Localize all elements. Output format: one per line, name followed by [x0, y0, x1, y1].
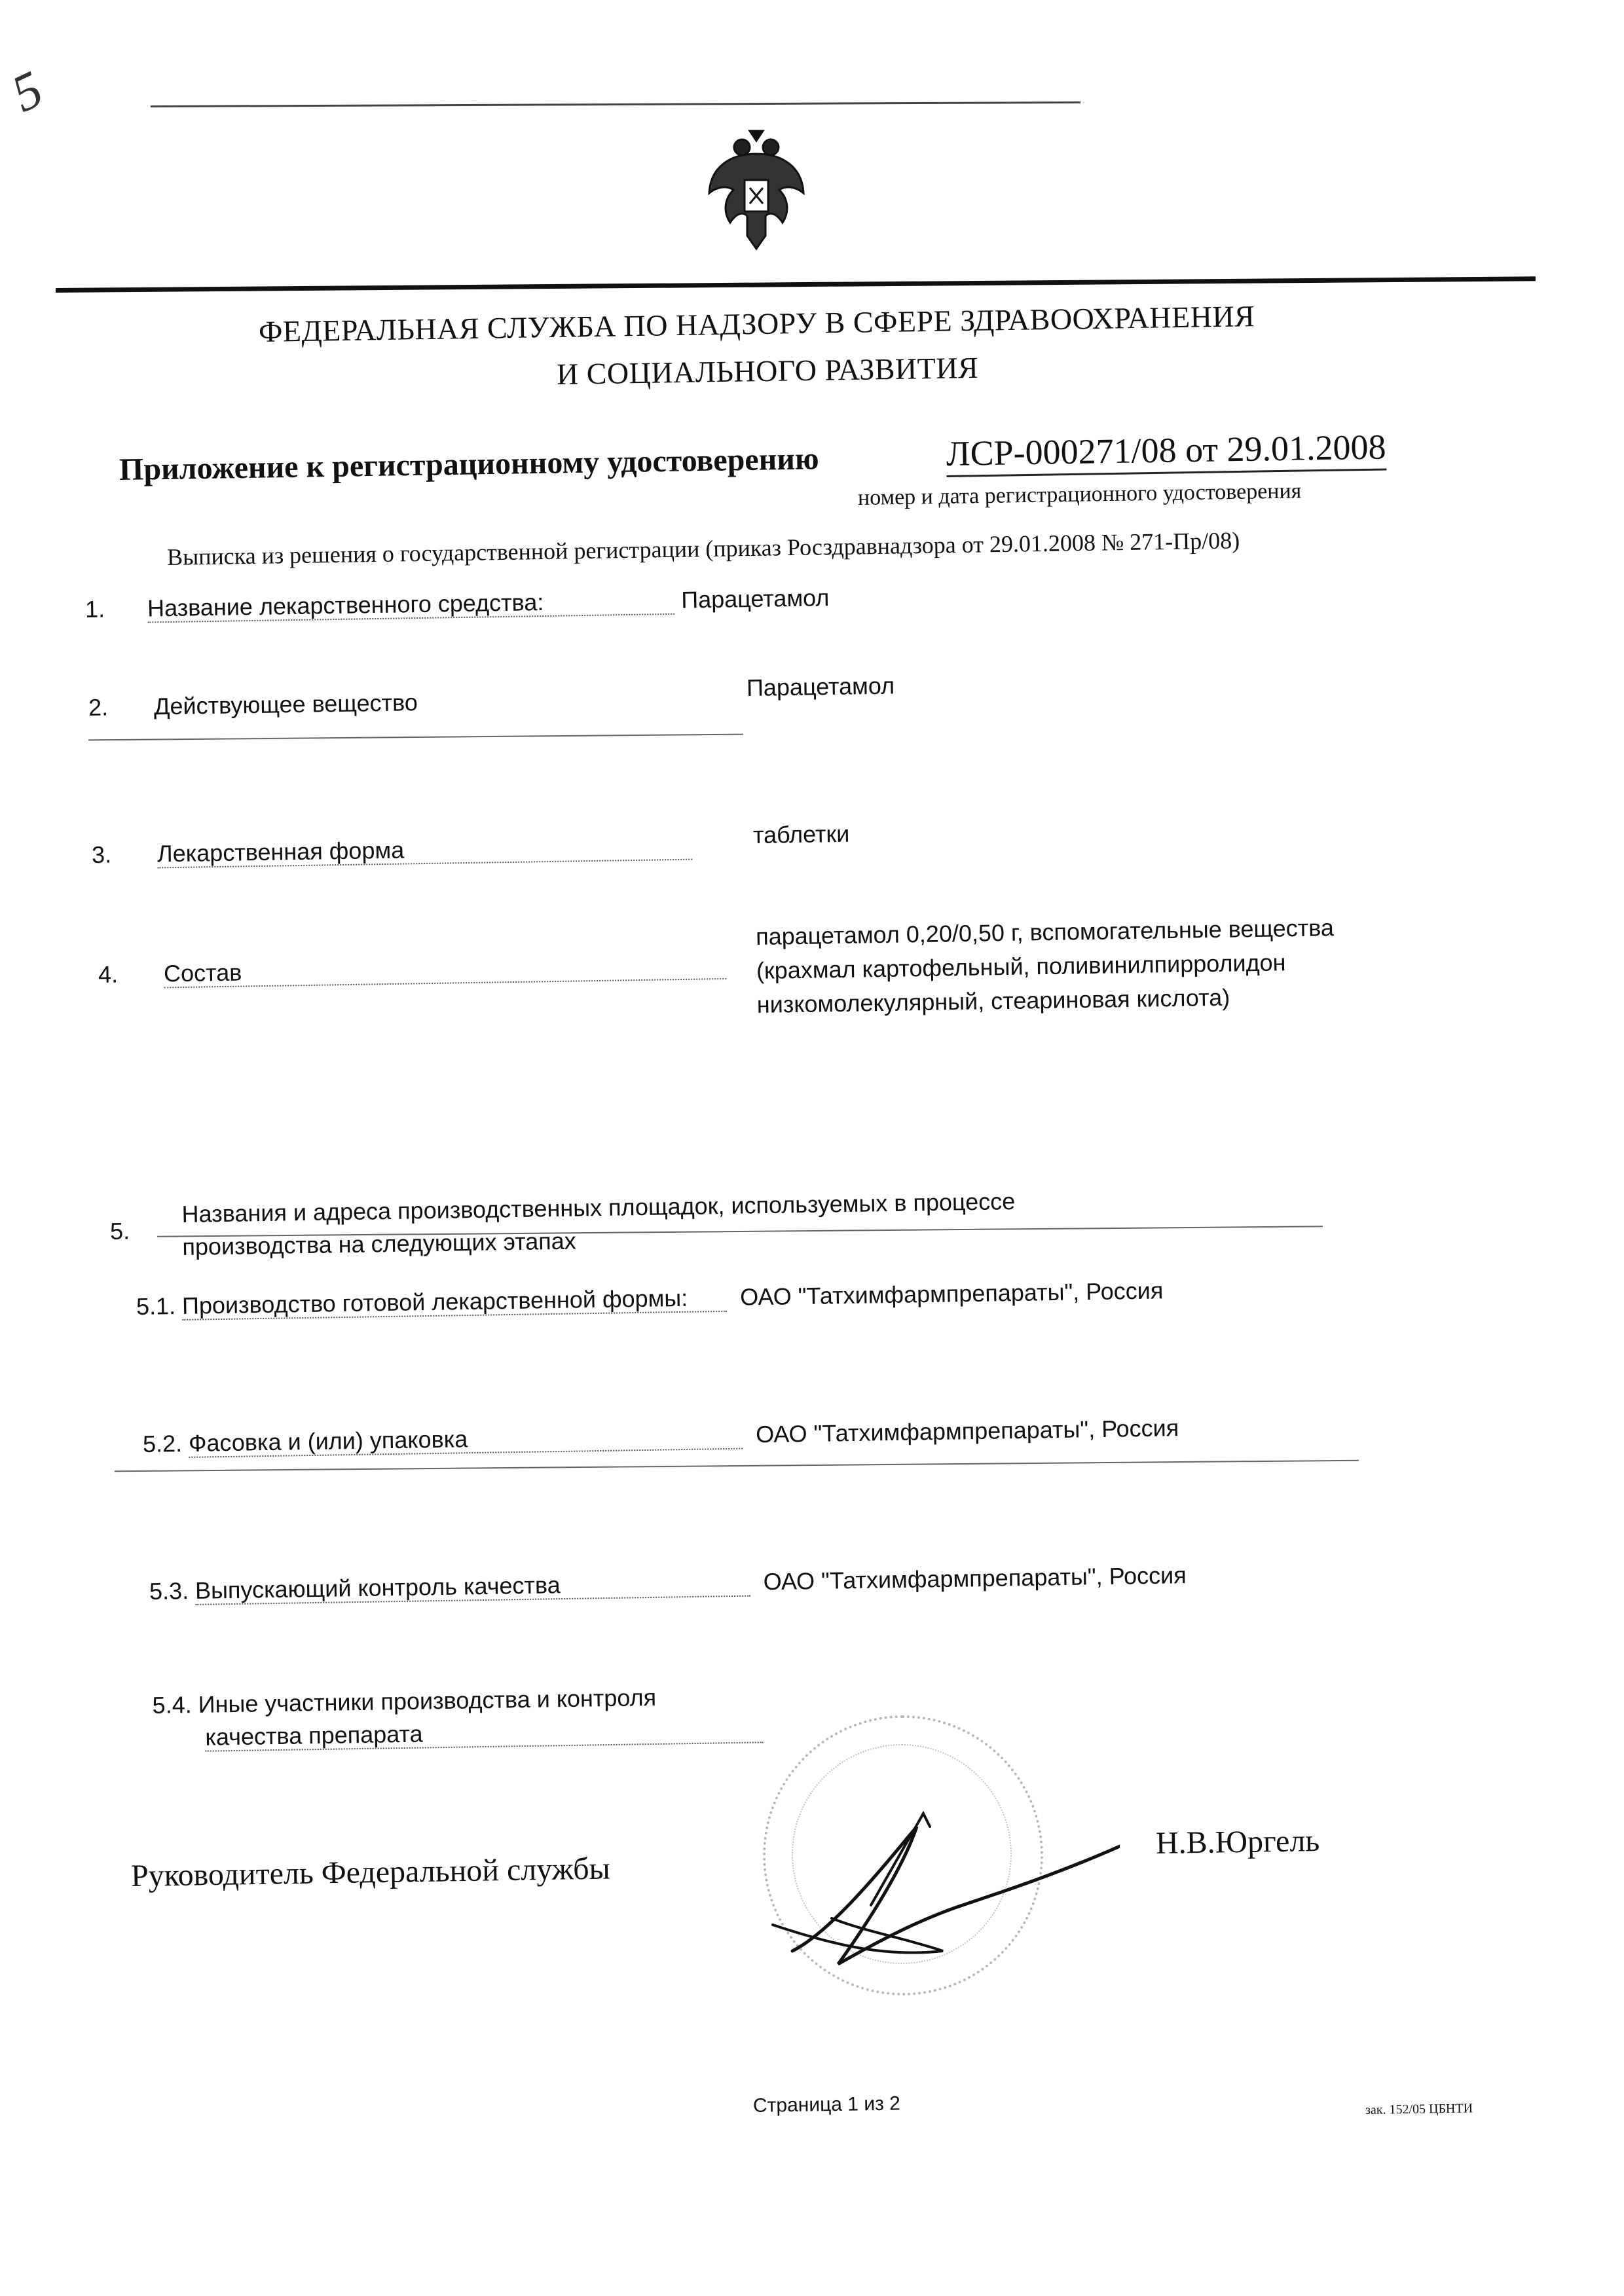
field-2-number: 2.: [88, 694, 109, 721]
field-1-value: Парацетамол: [681, 584, 830, 613]
handwritten-page-mark: 5: [3, 60, 52, 124]
handwritten-signature: [753, 1787, 1120, 1984]
coat-of-arms-emblem-icon: [704, 128, 809, 252]
field-3: 3. Лекарственная форма: [92, 832, 693, 869]
field-5-number: 5.: [110, 1218, 130, 1245]
subfield-5-2-label: Фасовка и (или) упаковка: [189, 1421, 743, 1458]
field-2: 2. Действующее вещество: [88, 689, 418, 721]
subfield-5-2: 5.2. Фасовка и (или) упаковка ОАО "Татхи…: [143, 1414, 1179, 1458]
field-2-value: Парацетамол: [747, 672, 895, 702]
appendix-label: Приложение к регистрационному удостовере…: [119, 441, 819, 488]
subfield-5-3-number: 5.3.: [149, 1577, 189, 1605]
signatory-position: Руководитель Федеральной службы: [131, 1851, 611, 1894]
subfield-5-1-number: 5.1.: [136, 1292, 176, 1320]
field-1: 1. Название лекарственного средства: Пар…: [85, 584, 830, 623]
field-4-label: Состав: [164, 951, 727, 988]
field-5-label: Названия и адреса производственных площа…: [181, 1185, 1016, 1264]
field-2-underline: [88, 734, 743, 741]
field-4: 4. Состав: [98, 951, 727, 989]
agency-title-line2: И СОЦИАЛЬНОГО РАЗВИТИЯ: [557, 350, 979, 392]
registration-number-caption: номер и дата регистрационного удостовере…: [858, 479, 1302, 511]
signatory-name: Н.В.Юргель: [1156, 1823, 1320, 1861]
subfield-5-2-underline: [115, 1460, 1359, 1472]
header-divider: [56, 276, 1536, 293]
registration-extract: Выписка из решения о государственной рег…: [167, 526, 1240, 571]
subfield-5-3-value: ОАО "Татхимфармпрепараты", Россия: [763, 1561, 1187, 1595]
print-order-code: зак. 152/05 ЦБНТИ: [1365, 2101, 1473, 2118]
field-1-label: Название лекарственного средства:: [147, 587, 675, 623]
registration-number: ЛСР-000271/08 от 29.01.2008: [946, 426, 1386, 477]
subfield-5-4-number: 5.4.: [152, 1691, 192, 1719]
subfield-5-2-value: ОАО "Татхимфармпрепараты", Россия: [756, 1414, 1179, 1448]
subfield-5-4-label-line2: качества препарата: [205, 1715, 764, 1751]
field-3-label: Лекарственная форма: [157, 832, 693, 869]
subfield-5-1: 5.1. Производство готовой лекарственной …: [136, 1277, 1164, 1321]
agency-title-line1: ФЕДЕРАЛЬНАЯ СЛУЖБА ПО НАДЗОРУ В СФЕРЕ ЗД…: [259, 299, 1255, 349]
field-1-number: 1.: [85, 596, 105, 623]
field-4-number: 4.: [98, 961, 119, 988]
page-number: Страница 1 из 2: [753, 2092, 900, 2117]
subfield-5-4: 5.4. Иные участники производства и контр…: [152, 1679, 764, 1755]
subfield-5-1-value: ОАО "Татхимфармпрепараты", Россия: [740, 1277, 1164, 1310]
field-3-number: 3.: [92, 841, 112, 868]
field-4-value: парацетамол 0,20/0,50 г, вспомогательные…: [756, 911, 1335, 1022]
subfield-5-3-label: Выпускающий контроль качества: [195, 1569, 750, 1605]
subfield-5-3: 5.3. Выпускающий контроль качества ОАО "…: [149, 1561, 1187, 1605]
top-divider: [151, 101, 1080, 107]
field-2-label: Действующее вещество: [154, 689, 418, 720]
field-3-value: таблетки: [753, 820, 850, 849]
subfield-5-4-label-line1: Иные участники производства и контроля: [198, 1684, 656, 1718]
subfield-5-1-label: Производство готовой лекарственной формы…: [182, 1284, 728, 1321]
subfield-5-2-number: 5.2.: [143, 1430, 183, 1457]
